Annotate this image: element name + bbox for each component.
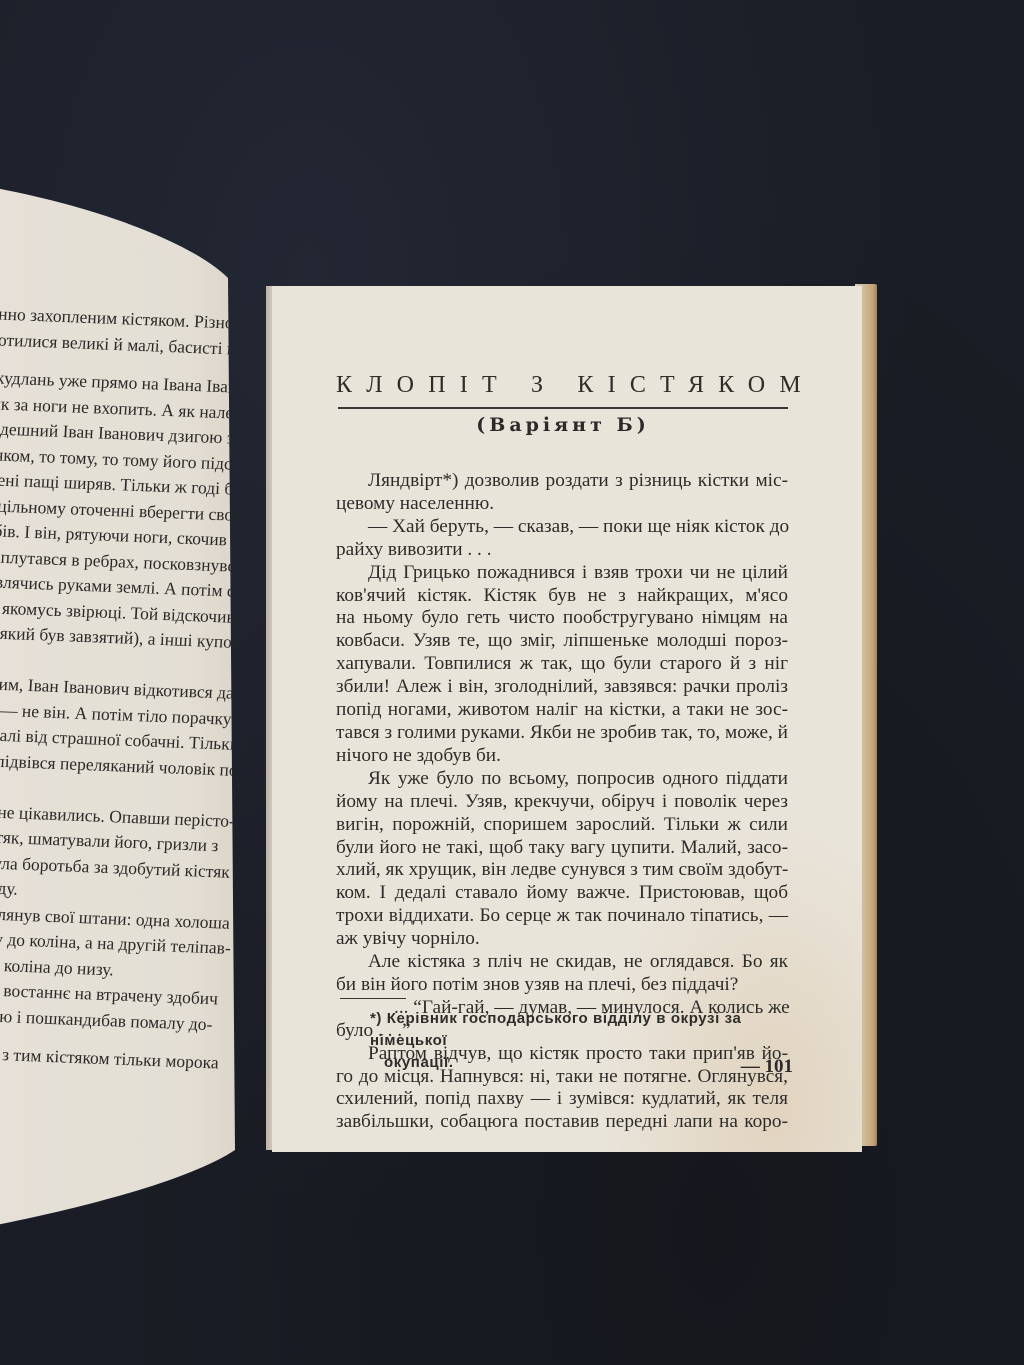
body-line: попід ногами, животом наліг на кістки, а… — [336, 699, 788, 722]
body-line: збили! Алеж і він, зголоднілий, завзявся… — [336, 676, 788, 699]
body-line: нічого не здобув би. — [336, 745, 788, 768]
body-line: Ляндвірт*) дозволив роздати з різниць кі… — [336, 470, 788, 493]
body-line: ком. І дедалі ставало йому важче. Присто… — [336, 882, 788, 905]
title-rule — [338, 407, 788, 409]
body-line: схилений, попід пахву — і зумівся: кудла… — [336, 1088, 788, 1111]
chapter-title: КЛОПІТ З КІСТЯКОМ — [336, 372, 788, 399]
footnote-rule — [340, 998, 406, 999]
body-line: ковбаси. Узяв те, що зміг, ліпшеньке мол… — [336, 630, 788, 653]
chapter-subtitle: (Варіянт Б) — [272, 414, 854, 436]
right-book-page: КЛОПІТ З КІСТЯКОМ (Варіянт Б) Ляндвірт*)… — [272, 286, 862, 1152]
body-line: хлий, як хрущик, він ледве сунувся з тим… — [336, 859, 788, 882]
left-page-text: езаконно захопленим кістяком. Різнобарв-… — [0, 300, 250, 1076]
body-line: йому на плечі. Узяв, крекчучи, обіруч і … — [336, 791, 788, 814]
body-line: — Хай беруть, — сказав, — поки ще ніяк к… — [336, 516, 788, 539]
body-line: були його не такі, щоб таку вагу цупити.… — [336, 837, 788, 860]
body-line: хапували. Товпилися ж так, що були старо… — [336, 653, 788, 676]
body-line: Як уже було по всьому, попросив одного п… — [336, 768, 788, 791]
body-line: цевому населенню. — [336, 493, 788, 516]
body-line: аж увічу чорніло. — [336, 928, 788, 951]
page-number: — 101 — [727, 1056, 793, 1078]
body-line: би він його потім знов узяв на плечі, бе… — [336, 974, 788, 997]
body-line: на ньому було геть чисто пообстругувано … — [336, 607, 788, 630]
body-line: Дід Грицько пожаднився і взяв трохи чи н… — [336, 562, 788, 585]
body-line: тався з голими руками. Якби не зробив та… — [336, 722, 788, 745]
body-line: Але кістяка з пліч не скидав, не оглядав… — [336, 951, 788, 974]
footnote-line-1: *) Керівник господарського відділу в окр… — [370, 1008, 790, 1052]
body-line: завбільшки, собацюга поставив передні ла… — [336, 1111, 788, 1134]
body-line: ков'ячий кістяк. Кістяк був не з найкращ… — [336, 585, 788, 608]
body-line: райху вивозити . . . — [336, 539, 788, 562]
body-line: трохи віддихати. Бо серце ж так починало… — [336, 905, 788, 928]
body-line: вигін, порожній, споришем зарослий. Тіль… — [336, 814, 788, 837]
